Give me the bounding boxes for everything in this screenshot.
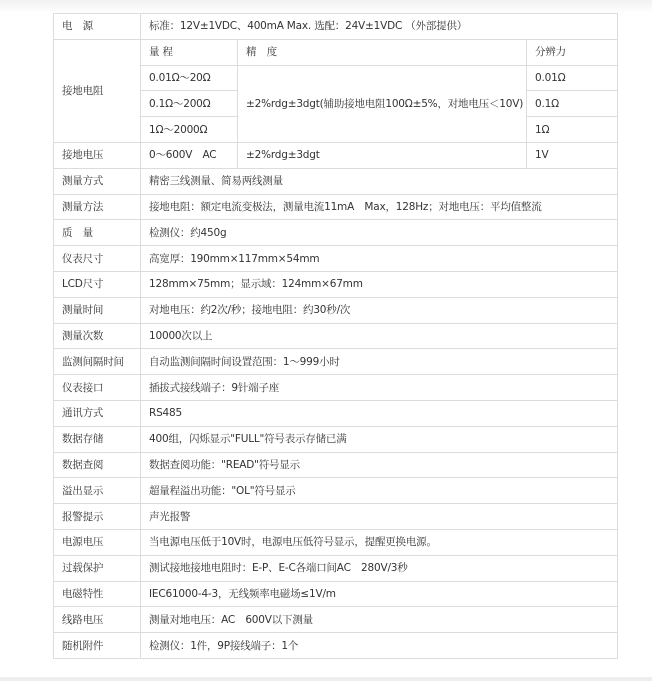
table-row-power: 电 源 标准：12V±1VDC、400mA Max. 选配：24V±1VDC （… bbox=[54, 14, 618, 40]
bottom-divider bbox=[0, 677, 652, 681]
row-label: 仪表尺寸 bbox=[54, 246, 141, 272]
resolution-cell: 1V bbox=[527, 142, 618, 168]
row-label: 电源电压 bbox=[54, 529, 141, 555]
row-value: 数据查阅功能："READ"符号显示 bbox=[141, 452, 618, 478]
row-label: 通讯方式 bbox=[54, 400, 141, 426]
table-row: 测量方式 精密三线测量、简易两线测量 bbox=[54, 168, 618, 194]
row-value: 400组，闪烁显示"FULL"符号表示存储已满 bbox=[141, 426, 618, 452]
table-row: 电磁特性 IEC61000-4-3，无线频率电磁场≤1V/m bbox=[54, 581, 618, 607]
range-cell: 1Ω～2000Ω bbox=[141, 117, 238, 143]
row-value: 标准：12V±1VDC、400mA Max. 选配：24V±1VDC （外部提供… bbox=[141, 14, 618, 40]
table-row: 过载保护 测试接地接地电阻时：E-P、E-C各端口间AC 280V/3秒 bbox=[54, 555, 618, 581]
table-row: 测量时间 对地电压：约2次/秒；接地电阻：约30秒/次 bbox=[54, 297, 618, 323]
table-row: 数据存储 400组，闪烁显示"FULL"符号表示存储已满 bbox=[54, 426, 618, 452]
row-value: 超量程溢出功能："OL"符号显示 bbox=[141, 478, 618, 504]
table-row: 仪表尺寸 高宽厚：190mm×117mm×54mm bbox=[54, 246, 618, 272]
specification-table: 电 源 标准：12V±1VDC、400mA Max. 选配：24V±1VDC （… bbox=[53, 13, 618, 659]
row-value: 检测仪：1件，9P接线端子：1个 bbox=[141, 633, 618, 659]
table-row: 溢出显示 超量程溢出功能："OL"符号显示 bbox=[54, 478, 618, 504]
table-row: 随机附件 检测仪：1件，9P接线端子：1个 bbox=[54, 633, 618, 659]
table-row: 监测间隔时间 自动监测间隔时间设置范围：1～999小时 bbox=[54, 349, 618, 375]
row-value: 检测仪：约450g bbox=[141, 220, 618, 246]
accuracy-cell: ±2%rdg±3dgt bbox=[238, 142, 527, 168]
row-value: 当电源电压低于10V时，电源电压低符号显示，提醒更换电源。 bbox=[141, 529, 618, 555]
range-cell: 0～600V AC bbox=[141, 142, 238, 168]
row-label: 测量方法 bbox=[54, 194, 141, 220]
row-label: 测量时间 bbox=[54, 297, 141, 323]
row-label: 报警提示 bbox=[54, 504, 141, 530]
table-row: 通讯方式 RS485 bbox=[54, 400, 618, 426]
row-label: 接地电阻 bbox=[54, 39, 141, 142]
row-label: 随机附件 bbox=[54, 633, 141, 659]
resolution-cell: 0.01Ω bbox=[527, 65, 618, 91]
row-label: 接地电压 bbox=[54, 142, 141, 168]
range-cell: 0.01Ω～20Ω bbox=[141, 65, 238, 91]
row-value: 高宽厚：190mm×117mm×54mm bbox=[141, 246, 618, 272]
header-range: 量 程 bbox=[141, 39, 238, 65]
row-label: 质 量 bbox=[54, 220, 141, 246]
table-row: 线路电压 测量对地电压：AC 600V以下测量 bbox=[54, 607, 618, 633]
row-label: 电磁特性 bbox=[54, 581, 141, 607]
table-row-ground-voltage: 接地电压 0～600V AC ±2%rdg±3dgt 1V bbox=[54, 142, 618, 168]
resolution-cell: 0.1Ω bbox=[527, 91, 618, 117]
row-value: 10000次以上 bbox=[141, 323, 618, 349]
row-value: 插拔式接线端子：9针端子座 bbox=[141, 375, 618, 401]
row-value: 测量对地电压：AC 600V以下测量 bbox=[141, 607, 618, 633]
accuracy-cell: ±2%rdg±3dgt(辅助接地电阻100Ω±5%，对地电压＜10V) bbox=[238, 65, 527, 142]
table-row: 测量方法 接地电阻：额定电流变极法，测量电流11mA Max，128Hz；对地电… bbox=[54, 194, 618, 220]
row-value: 声光报警 bbox=[141, 504, 618, 530]
row-label: LCD尺寸 bbox=[54, 271, 141, 297]
top-background-fade bbox=[0, 0, 652, 14]
table-row: 电源电压 当电源电压低于10V时，电源电压低符号显示，提醒更换电源。 bbox=[54, 529, 618, 555]
row-label: 仪表接口 bbox=[54, 375, 141, 401]
table-row: 报警提示 声光报警 bbox=[54, 504, 618, 530]
row-value: RS485 bbox=[141, 400, 618, 426]
table-row: 测量次数 10000次以上 bbox=[54, 323, 618, 349]
row-label: 测量方式 bbox=[54, 168, 141, 194]
row-label: 过载保护 bbox=[54, 555, 141, 581]
row-label: 测量次数 bbox=[54, 323, 141, 349]
resolution-cell: 1Ω bbox=[527, 117, 618, 143]
row-value: 精密三线测量、简易两线测量 bbox=[141, 168, 618, 194]
row-label: 电 源 bbox=[54, 14, 141, 40]
range-cell: 0.1Ω～200Ω bbox=[141, 91, 238, 117]
row-value: 对地电压：约2次/秒；接地电阻：约30秒/次 bbox=[141, 297, 618, 323]
row-value: IEC61000-4-3，无线频率电磁场≤1V/m bbox=[141, 581, 618, 607]
header-accuracy: 精 度 bbox=[238, 39, 527, 65]
row-label: 线路电压 bbox=[54, 607, 141, 633]
row-value: 接地电阻：额定电流变极法，测量电流11mA Max，128Hz；对地电压：平均值… bbox=[141, 194, 618, 220]
header-resolution: 分辨力 bbox=[527, 39, 618, 65]
table-row-ground-resistance-header: 接地电阻 量 程 精 度 分辨力 bbox=[54, 39, 618, 65]
table-row: 数据查阅 数据查阅功能："READ"符号显示 bbox=[54, 452, 618, 478]
row-value: 测试接地接地电阻时：E-P、E-C各端口间AC 280V/3秒 bbox=[141, 555, 618, 581]
row-label: 溢出显示 bbox=[54, 478, 141, 504]
table-row: 仪表接口 插拔式接线端子：9针端子座 bbox=[54, 375, 618, 401]
row-label: 监测间隔时间 bbox=[54, 349, 141, 375]
table-row: LCD尺寸 128mm×75mm；显示域：124mm×67mm bbox=[54, 271, 618, 297]
row-label: 数据存储 bbox=[54, 426, 141, 452]
row-value: 自动监测间隔时间设置范围：1～999小时 bbox=[141, 349, 618, 375]
table-row: 质 量 检测仪：约450g bbox=[54, 220, 618, 246]
row-value: 128mm×75mm；显示域：124mm×67mm bbox=[141, 271, 618, 297]
row-label: 数据查阅 bbox=[54, 452, 141, 478]
